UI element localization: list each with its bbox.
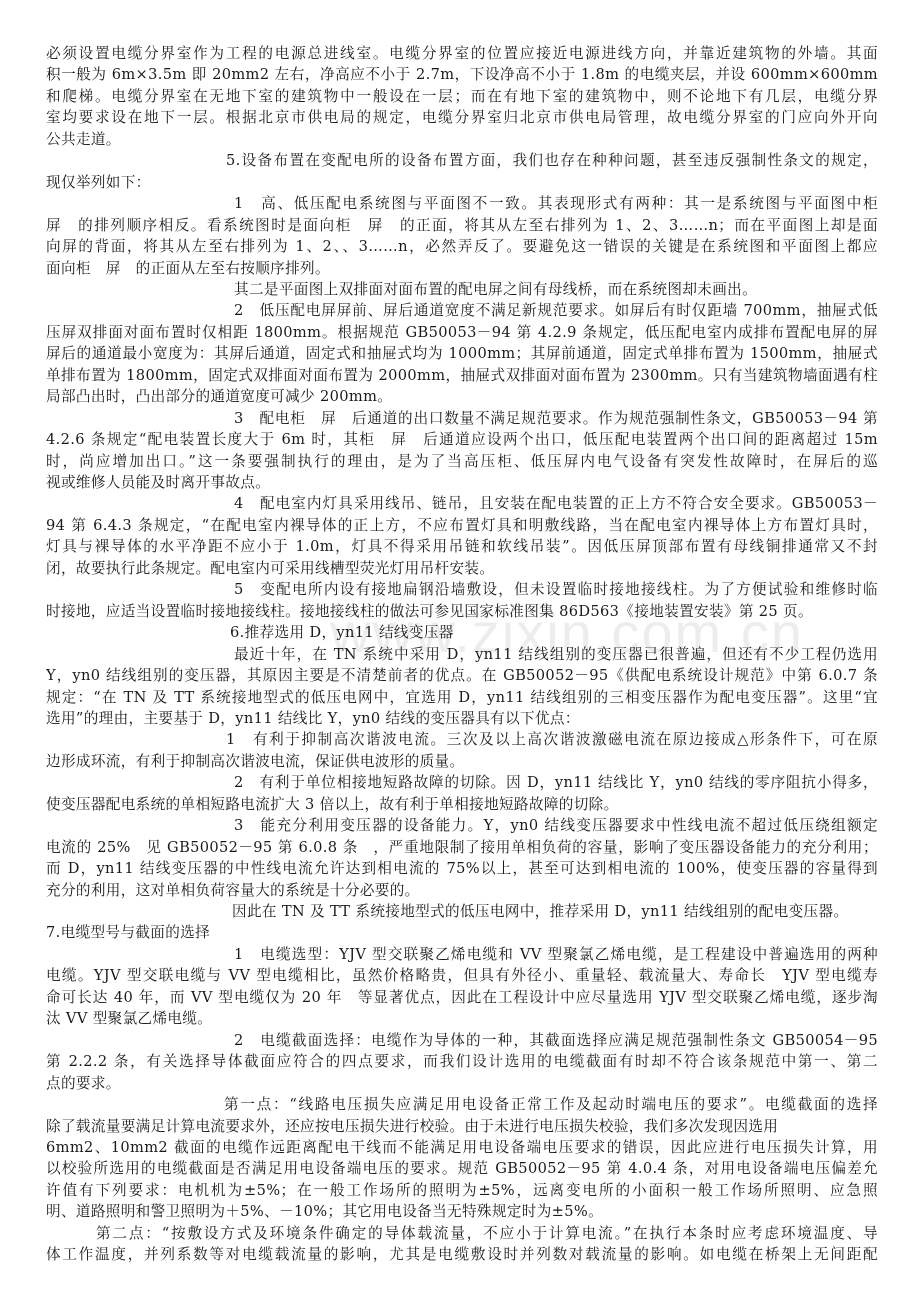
text-line: 向屏的背面，将其从左至右排列为 1、2、、3……n，必然弄反了。要避免这一错误的… [46,237,878,257]
text-line: 4.2.6 条规定“配电装置长度大于 6m 时，其柜 屏 后通道应设两个出口，低… [46,430,878,450]
text-line: 2 低压配电屏屏前、屏后通道宽度不满足新规范要求。如屏后有时仅距墙 700mm，… [234,301,878,321]
text-line: 灯具与裸导体的水平净距不应小于 1.0m，灯具不得采用吊链和软线吊装”。因低压屏… [46,537,878,557]
text-line: 94 第 6.4.3 条规定，“在配电室内裸导体的正上方，不应布置灯具和明敷线路… [46,516,878,536]
text-line: 视或维修人员能及时离开事故点。 [46,473,878,493]
text-line: 明、道路照明和警卫照明为＋5%、－10%；其它用电设备当无特殊规定时为±5%。 [46,1202,878,1222]
text-line: 许值有下列要求：电机机为±5%；在一般工作场所的照明为±5%，远离变电所的小面积… [46,1181,878,1201]
text-line: 1 有利于抑制高次谐波电流。三次及以上高次谐波激磁电流在原边接成△形条件下，可在… [226,730,878,750]
text-line: 2 电缆截面选择：电缆作为导体的一种，其截面选择应满足规范强制性条文 GB500… [234,1031,878,1051]
text-line: 现仅举列如下： [46,173,878,193]
text-line: 边形成环流，有利于抑制高次谐波电流，保证供电波形的质量。 [46,752,878,772]
text-line: 6.推荐选用 D，yn11 结线变压器 [230,623,878,643]
text-line: 其二是平面图上双排面对面布置的配电屏之间有母线桥，而在系统图却未画出。 [234,280,878,300]
text-line: 2 有利于单位相接地短路故障的切除。因 D，yn11 结线比 Y，yn0 结线的… [234,773,878,793]
text-line: 时，尚应增加出口。”这一条要强制执行的理由，是为了当高压柜、低压屏内电气设备有突… [46,452,878,472]
text-line: 闭，故要执行此条规定。配电室内可采用线槽型荧光灯用吊杆安装。 [46,559,878,579]
text-line: 3 能充分利用变压器的设备能力。Y，yn0 结线变压器要求中性线电流不超过低压绕… [234,816,878,836]
text-line: 最近十年，在 TN 系统中采用 D，yn11 结线组别的变压器已很普遍，但还有不… [234,645,878,665]
text-line: 1 电缆选型：YJV 型交联聚乙烯电缆和 VV 型聚氯乙烯电缆，是工程建设中普遍… [234,945,878,965]
text-line: 除了载流量要满足计算电流要求外，还应按电压损失进行校验。由于未进行电压损失校验，… [46,1117,878,1137]
text-line: 必须设置电缆分界室作为工程的电源总进线室。电缆分界室的位置应接近电源进线方向，并… [46,44,878,64]
text-line: 积一般为 6m×3.5m 即 20mm2 左右，净高应不小于 2.7m，下设净高… [46,65,878,85]
text-line: 4 配电室内灯具采用线吊、链吊，且安装在配电装置的正上方不符合安全要求。GB50… [234,494,878,514]
text-line: 7.电缆型号与截面的选择 [46,923,878,943]
text-line: 屏 的排列顺序相反。看系统图时是面向柜 屏 的正面，将其从左至右排列为 1、2、… [46,216,878,236]
text-line: 充分的利用，这对单相负荷容量大的系统是十分必要的。 [46,881,878,901]
text-line: 使变压器配电系统的单相短路电流扩大 3 倍以上，故有利于单相接地短路故障的切除。 [46,795,878,815]
text-line: 面向柜 屏 的正面从左至右按顺序排列。 [46,259,878,279]
text-line: 压屏双排面对面布置时仅相距 1800mm。根据规范 GB50053－94 第 4… [46,323,878,343]
text-line: 单排布置为 1800mm，固定式双排面对面布置为 2000mm，抽屉式双排面对面… [46,366,878,386]
text-line: 3 配电柜 屏 后通道的出口数量不满足规范要求。作为规范强制性条文，GB5005… [234,409,878,429]
text-line: 室均要求设在地下一层。根据北京市供电局的规定，电缆分界室归北京市供电局管理，故电… [46,108,878,128]
text-line: 选用”的理由，主要基于 D，yn11 结线比 Y，yn0 结线的变压器具有以下优… [46,709,878,729]
text-line: 5 变配电所内设有接地扁钢沿墙敷设，但未设置临时接地接线柱。为了方便试验和维修时… [234,580,878,600]
text-line: 5.设备布置在变配电所的设备布置方面，我们也存在种种问题，甚至违反强制性条文的规… [226,151,878,171]
text-line: 体工作温度，并列系数等对电缆载流量的影响，尤其是电缆敷设时并列数对载流量的影响。… [46,1245,878,1265]
text-line: 因此在 TN 及 TT 系统接地型式的低压电网中，推荐采用 D，yn11 结线组… [232,902,878,922]
text-line: 和爬梯。电缆分界室在无地下室的建筑物中一般设在一层；而在有地下室的建筑物中，则不… [46,87,878,107]
text-line: 6mm2、10mm2 截面的电缆作远距离配电干线而不能满足用电设备端电压要求的错… [46,1138,878,1158]
text-line: 而 D，yn11 结线变压器的中性线电流允许达到相电流的 75%以上，甚至可达到… [46,859,878,879]
text-line: 命可长达 40 年，而 VV 型电缆仅为 20 年 等显著优点，因此在工程设计中… [46,988,878,1008]
text-line: 屏后的通道最小宽度为：其屏后通道，固定式和抽屉式均为 1000mm；其屏前通道，… [46,344,878,364]
text-line: 以校验所选用的电缆截面是否满足用电设备端电压的要求。规范 GB50052－95 … [46,1159,878,1179]
text-line: 电缆。YJV 型交联电缆与 VV 型电缆相比，虽然价格略贵，但具有外径小、重量轻… [46,966,878,986]
text-line: 公共走道。 [46,130,878,150]
text-line: 电流的 25% 见 GB50052－95 第 6.0.8 条 ，严重地限制了接用… [46,838,878,858]
text-line: 第二点：“按敷设方式及环境条件确定的导体载流量，不应小于计算电流。”在执行本条时… [96,1224,878,1244]
text-line: 点的要求。 [46,1074,878,1094]
text-line: 汰 VV 型聚氯乙烯电缆。 [46,1009,878,1029]
text-line: 规定：“在 TN 及 TT 系统接地型式的低压电网中，宜选用 D，yn11 结线… [46,688,878,708]
text-line: 局部凸出时，凸出部分的通道宽度可减少 200mm。 [46,387,878,407]
text-line: Y，yn0 结线组别的变压器，其原因主要是不清楚前者的优点。在 GB50052－… [46,666,878,686]
text-line: 第一点：“线路电压损失应满足用电设备正常工作及起动时端电压的要求”。电缆截面的选… [224,1095,878,1115]
text-line: 第 2.2.2 条，有关选择导体截面应符合的四点要求，而我们设计选用的电缆截面有… [46,1052,878,1072]
text-line: 时接地，应适当设置临时接地接线柱。接地接线柱的做法可参见国家标准图集 86D56… [46,602,878,622]
text-line: 1 高、低压配电系统图与平面图不一致。其表现形式有两种：其一是系统图与平面图中柜 [234,194,878,214]
document-page: www.zixin.com.cn 必须设置电缆分界室作为工程的电源总进线室。电缆… [0,0,920,1302]
